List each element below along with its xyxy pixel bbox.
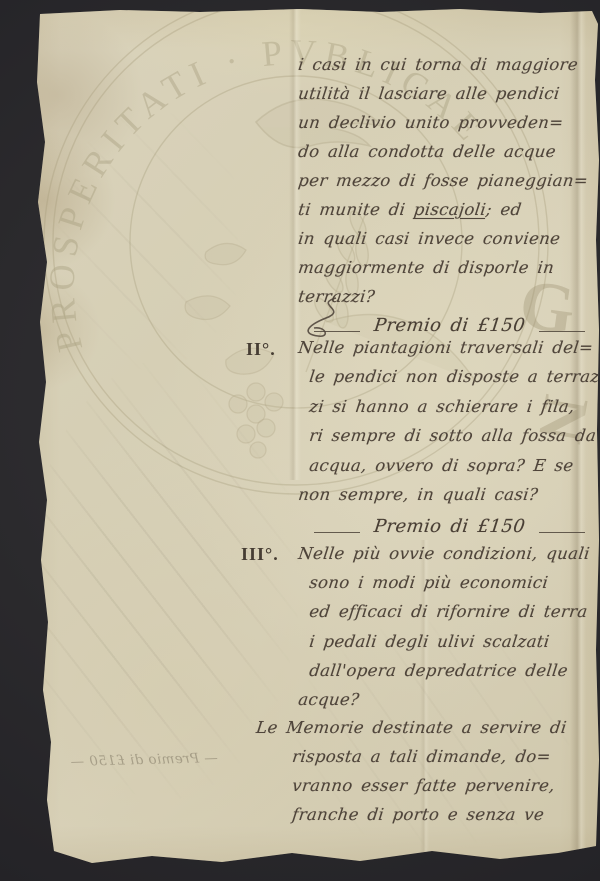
ink-bleedthrough-texture	[55, 110, 245, 370]
prize-line-2: Premio di £150	[300, 511, 599, 541]
text-line: zi si hanno a schierare i fila,	[297, 392, 600, 421]
closing-paragraph: Le Memorie destinate a servire di rispos…	[256, 713, 566, 829]
section-ii-text: Nelle piantagioni traversali del= le pen…	[298, 333, 600, 509]
text-line: utilità il lasciare alle pendici	[297, 79, 590, 108]
rule-dash	[314, 532, 360, 533]
underlined-word: piscajoli	[413, 200, 487, 219]
text-segment: ti munite di	[297, 200, 415, 219]
paragraph-1: i casi in cui torna di maggiore utilità …	[298, 50, 588, 311]
text-line: in quali casi invece conviene	[297, 224, 590, 253]
text-segment: ; ed	[485, 200, 523, 219]
text-line: ed efficaci di rifornire di terra	[297, 597, 592, 626]
text-line: maggiormente di disporle in	[297, 253, 590, 282]
section-marker-iii: III°.	[241, 544, 279, 565]
text-line: acqua, ovvero di sopra? E se	[297, 451, 600, 480]
text-line: risposta a tali dimande, do=	[255, 742, 569, 771]
text-line: un declivio unito provveden=	[297, 108, 590, 137]
mirrored-showthrough-text: — Premio di £150 —	[28, 749, 260, 771]
text-line: Le Memorie destinate a servire di	[255, 713, 569, 742]
text-line: ri sempre di sotto alla fossa da	[297, 421, 600, 450]
photo-backdrop: PROSPERITATI · PVBLICAE	[0, 0, 600, 881]
rule-dash	[539, 331, 585, 332]
text-line: dall'opera depredatrice delle	[297, 656, 592, 685]
text-line: Nelle piantagioni traversali del=	[297, 333, 600, 362]
rule-dash	[539, 532, 585, 533]
text-line: franche di porto e senza ve	[255, 800, 569, 829]
text-line: per mezzo di fosse pianeggian=	[297, 166, 590, 195]
text-line: vranno esser fatte pervenire,	[255, 771, 569, 800]
text-line: do alla condotta delle acque	[297, 137, 590, 166]
text-line: acque?	[297, 685, 592, 714]
text-line: i casi in cui torna di maggiore	[297, 50, 590, 79]
prize-label: Premio di £150	[373, 516, 527, 537]
text-line: Nelle più ovvie condizioni, quali	[297, 539, 592, 568]
text-line: non sempre, in quali casi?	[297, 480, 600, 509]
section-iii-text: Nelle più ovvie condizioni, quali sono i…	[298, 539, 589, 714]
text-line-underlined-word: ti munite di piscajoli; ed	[297, 195, 590, 224]
text-line: le pendici non disposte a terraz=	[297, 362, 600, 391]
text-line: i pedali degli ulivi scalzati	[297, 627, 592, 656]
manuscript-page: PROSPERITATI · PVBLICAE	[0, 0, 600, 881]
text-line: sono i modi più economici	[297, 568, 592, 597]
text-line: terrazzi?	[297, 282, 590, 311]
rule-dash	[314, 331, 360, 332]
section-marker-ii: II°.	[246, 339, 276, 360]
